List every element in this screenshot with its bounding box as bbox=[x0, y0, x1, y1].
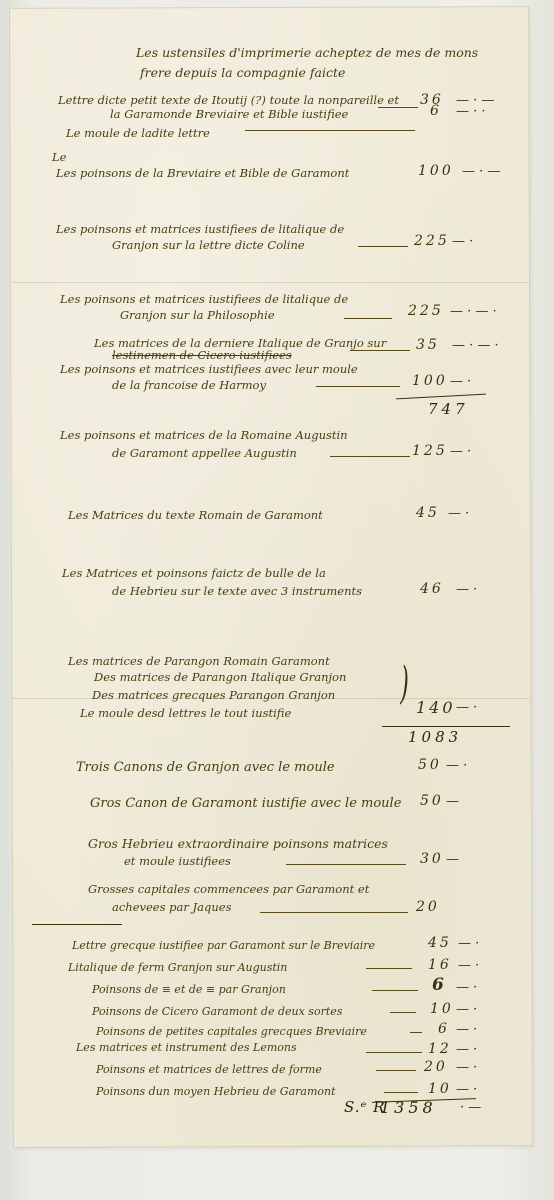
subtotal-2: 1083 bbox=[408, 728, 462, 746]
entry-text: Trois Canons de Granjon avec le moule bbox=[76, 760, 335, 775]
entry-amount: 6 bbox=[432, 978, 447, 993]
entry-text: Litalique de ferm Granjon sur Augustin bbox=[68, 960, 287, 975]
leader-line bbox=[366, 968, 412, 969]
leader-line bbox=[378, 107, 418, 108]
entry-text: de Garamont appellee Augustin bbox=[112, 446, 297, 461]
leader-line bbox=[376, 1070, 416, 1071]
leader-line bbox=[344, 318, 392, 319]
entry-amount: 45 bbox=[428, 936, 452, 951]
entry-amount: 50 bbox=[418, 758, 442, 773]
entry-amount: 20 bbox=[424, 1060, 448, 1075]
entry-amount: 100 bbox=[418, 164, 454, 179]
entry-text: Granjon sur la lettre dicte Coline bbox=[112, 238, 305, 253]
entry-amount: 225 bbox=[414, 234, 450, 249]
leader-line bbox=[366, 1052, 422, 1053]
entry-text: de la francoise de Harmoy bbox=[112, 378, 266, 393]
entry-amount: 10 bbox=[430, 1002, 454, 1017]
leader-line bbox=[390, 1012, 416, 1013]
entry-text: Granjon sur la Philosophie bbox=[120, 308, 275, 323]
entry-amount: 6 bbox=[430, 104, 442, 119]
subtotal-1: 747 bbox=[428, 400, 469, 418]
entry-text: la Garamonde Breviaire et Bible iustifie… bbox=[110, 107, 348, 122]
entry-text: Poinsons de ≡ et de ≡ par Granjon bbox=[92, 982, 286, 997]
entry-text: Lettre grecque iustifiee par Garamont su… bbox=[72, 938, 375, 953]
entry-text: lestinemen de Cicero iustifiees bbox=[112, 348, 292, 363]
entry-amount: 20 bbox=[416, 900, 440, 915]
entry-amount: 6 bbox=[438, 1022, 450, 1037]
entry-text: Les Matrices et poinsons faictz de bulle… bbox=[62, 566, 326, 581]
entry-text: Poinsons et matrices de lettres de forme bbox=[96, 1062, 322, 1077]
leader-line bbox=[286, 864, 406, 865]
heading-line-1: Les ustensiles d'imprimerie acheptez de … bbox=[136, 45, 478, 60]
entry-text: Gros Canon de Garamont iustifie avec le … bbox=[90, 796, 401, 811]
entry-text: Les poinsons et matrices iustifiees avec… bbox=[60, 362, 358, 377]
entry-amount: 16 bbox=[428, 958, 452, 973]
leader-line bbox=[410, 1032, 422, 1033]
entry-text: Poinsons de Cicero Garamont de deux sort… bbox=[92, 1004, 342, 1019]
entry-text: Des matrices de Parangon Italique Granjo… bbox=[94, 670, 346, 685]
leader-line bbox=[316, 386, 400, 387]
leader-line bbox=[260, 912, 408, 913]
entry-text: et moule iustifiees bbox=[124, 854, 231, 869]
leader-line bbox=[372, 990, 418, 991]
entry-text: Les poinsons de la Breviaire et Bible de… bbox=[56, 166, 349, 181]
leader-line bbox=[350, 350, 410, 351]
entry-text: Les matrices et instrument des Lemons bbox=[76, 1040, 297, 1055]
entry-amount: 225 bbox=[408, 304, 444, 319]
entry-text: Lettre dicte petit texte de Itoutij (?) … bbox=[58, 93, 399, 108]
entry-text: Les poinsons et matrices iustifiees de l… bbox=[56, 222, 344, 237]
heading-line-2: frere depuis la compagnie faicte bbox=[140, 65, 345, 80]
leader-line bbox=[330, 456, 410, 457]
entry-amount: 50 bbox=[420, 794, 444, 809]
total-rule bbox=[382, 726, 510, 727]
entry-text: Les matrices de Parangon Romain Garamont bbox=[68, 654, 330, 669]
entry-text: Poinsons de petites capitales grecques B… bbox=[96, 1024, 367, 1039]
paper-fold-line bbox=[12, 282, 530, 283]
leader-line bbox=[358, 246, 408, 247]
entry-text: Les poinsons et matrices de la Romaine A… bbox=[60, 428, 348, 443]
entry-text: Le moule desd lettres le tout iustifie bbox=[80, 706, 291, 721]
entry-amount: 30 bbox=[420, 852, 444, 867]
entry-text: Grosses capitales commencees par Garamon… bbox=[88, 882, 369, 897]
entry-text: Le bbox=[52, 150, 66, 165]
entry-amount: 35 bbox=[416, 338, 440, 353]
entry-text: de Hebrieu sur le texte avec 3 instrumen… bbox=[112, 584, 362, 599]
entry-text: Les Matrices du texte Romain de Garamont bbox=[68, 508, 323, 523]
entry-text: Le moule de ladite lettre bbox=[66, 126, 210, 141]
entry-amount: 10 bbox=[428, 1082, 452, 1097]
entry-text: Gros Hebrieu extraordinaire poinsons mat… bbox=[88, 836, 388, 851]
leader-line bbox=[245, 130, 415, 131]
entry-amount: 12 bbox=[428, 1042, 452, 1057]
entry-amount: 100 bbox=[412, 374, 448, 389]
entry-amount: 125 bbox=[412, 444, 448, 459]
entry-amount: 140 bbox=[416, 700, 456, 715]
entry-text: Des matrices grecques Parangon Granjon bbox=[92, 688, 335, 703]
entry-text: Poinsons dun moyen Hebrieu de Garamont bbox=[96, 1084, 336, 1099]
entry-amount: 46 bbox=[420, 582, 444, 597]
entry-text: achevees par Jaques bbox=[112, 900, 232, 915]
grand-total-value: 1358 bbox=[380, 1100, 437, 1115]
section-rule bbox=[32, 924, 122, 925]
entry-text: Les poinsons et matrices iustifiees de l… bbox=[60, 292, 348, 307]
entry-amount: 45 bbox=[416, 506, 440, 521]
leader-line bbox=[384, 1092, 418, 1093]
